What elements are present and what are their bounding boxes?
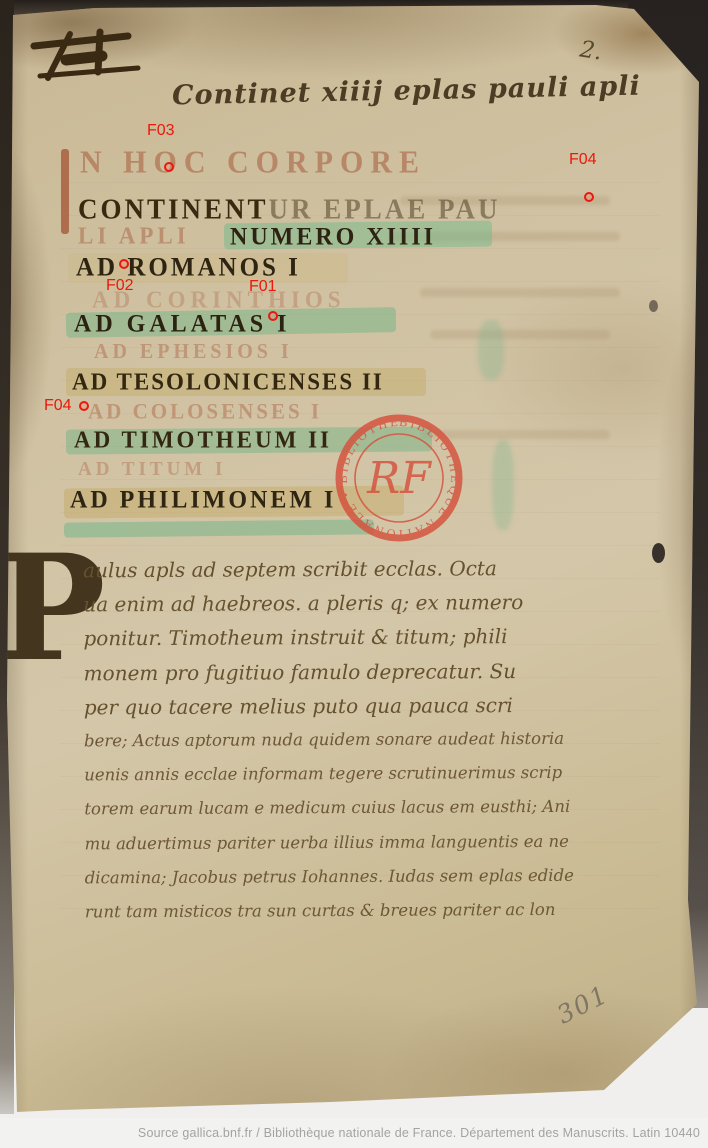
index-line-continentur-faded: UR EPLAE PAU — [269, 193, 501, 224]
index-line-inhoc: N HOC CORPORE — [80, 145, 426, 180]
show-through-line — [420, 288, 620, 297]
annotation-label-f02[interactable]: F02 — [106, 277, 134, 295]
ink-blot — [649, 300, 658, 312]
index-line-timotheum: AD TIMOTHEUM II — [74, 426, 332, 453]
annotation-marker-f04-left[interactable] — [79, 401, 89, 411]
pen-trial-mark — [26, 20, 146, 84]
header-inscription: Continet xiiij eplas pauli apli — [172, 72, 593, 112]
stamp-monogram: RF — [366, 453, 432, 504]
ink-blot — [652, 543, 665, 563]
index-line-liapli: LI APLI — [78, 222, 190, 249]
green-smudge — [492, 440, 514, 530]
index-line-titum: AD TITUM I — [78, 459, 226, 482]
index-line-continentur: CONTINENTUR EPLAE PAU — [78, 193, 501, 225]
prologue-line: uenis annis ecclae informam tegere scrut… — [84, 756, 604, 793]
annotation-label-f04-right[interactable]: F04 — [569, 151, 597, 169]
prologue-line: bere; Actus aptorum nuda quidem sonare a… — [84, 722, 604, 759]
manuscript-photo: 2. 301 Continet xiiij eplas pauli apli N… — [0, 0, 708, 1118]
annotation-marker-f04-right[interactable] — [584, 192, 594, 202]
prologue-line: runt tam misticos tra sun curtas & breue… — [85, 893, 605, 930]
source-caption-bar: Source gallica.bnf.fr / Bibliothèque nat… — [0, 1118, 708, 1148]
parchment-page: 2. 301 Continet xiiij eplas pauli apli N… — [0, 0, 708, 1118]
index-line-ephesios: AD EPHESIOS I — [94, 341, 293, 365]
annotation-label-f01[interactable]: F01 — [249, 278, 277, 296]
prologue-line: ponitur. Timotheum instruit & titum; phi… — [83, 619, 603, 656]
index-line-galatas: AD GALATAS I — [74, 310, 290, 338]
prologue-line: aulus apls ad septem scribit ecclas. Oct… — [83, 551, 603, 588]
annotation-label-f03[interactable]: F03 — [147, 122, 175, 140]
annotation-marker-f01[interactable] — [268, 311, 278, 321]
prologue-line: per quo tacere melius puto qua pauca scr… — [84, 687, 604, 724]
annotation-marker-f03[interactable] — [164, 162, 174, 172]
annotation-marker-f02[interactable] — [119, 259, 129, 269]
initial-i-bar — [61, 149, 69, 234]
folio-number: 2. — [578, 36, 604, 65]
screenshot: 2. 301 Continet xiiij eplas pauli apli N… — [0, 0, 708, 1148]
pencil-foliation: 301 — [552, 979, 613, 1029]
prologue-line: mu aduertimus pariter uerba illius imma … — [84, 824, 604, 861]
prologue-line: dicamina; Jacobus petrus Iohannes. Iudas… — [85, 858, 605, 895]
prologue-line: ua enim ad haebreos. a pleris q; ex nume… — [83, 585, 603, 622]
prologue-line: torem earum lucam e medicum cuius lacus … — [84, 790, 604, 827]
green-smudge — [478, 320, 504, 380]
index-line-tesolonicenses: AD TESOLONICENSES II — [72, 368, 384, 395]
prologue-line: monem pro fugitiuo famulo deprecatur. Su — [84, 653, 604, 690]
index-line-philimonem: AD PHILIMONEM I — [70, 486, 336, 514]
index-line-numero: NUMERO XIIII — [230, 223, 436, 251]
index-line-continentur-dark: CONTINENT — [78, 193, 269, 224]
prologue-paragraph: aulus apls ad septem scribit ecclas. Oct… — [83, 551, 605, 930]
annotation-label-f04-left[interactable]: F04 — [44, 397, 72, 415]
show-through-line — [430, 330, 610, 339]
bnf-library-stamp: BIBLIOTHEQUE NATIONALE • BIBLIOTHEQUE NA… — [328, 407, 470, 549]
source-caption-text: Source gallica.bnf.fr / Bibliothèque nat… — [138, 1126, 700, 1140]
index-line-colosenses: AD COLOSENSES I — [88, 399, 322, 425]
